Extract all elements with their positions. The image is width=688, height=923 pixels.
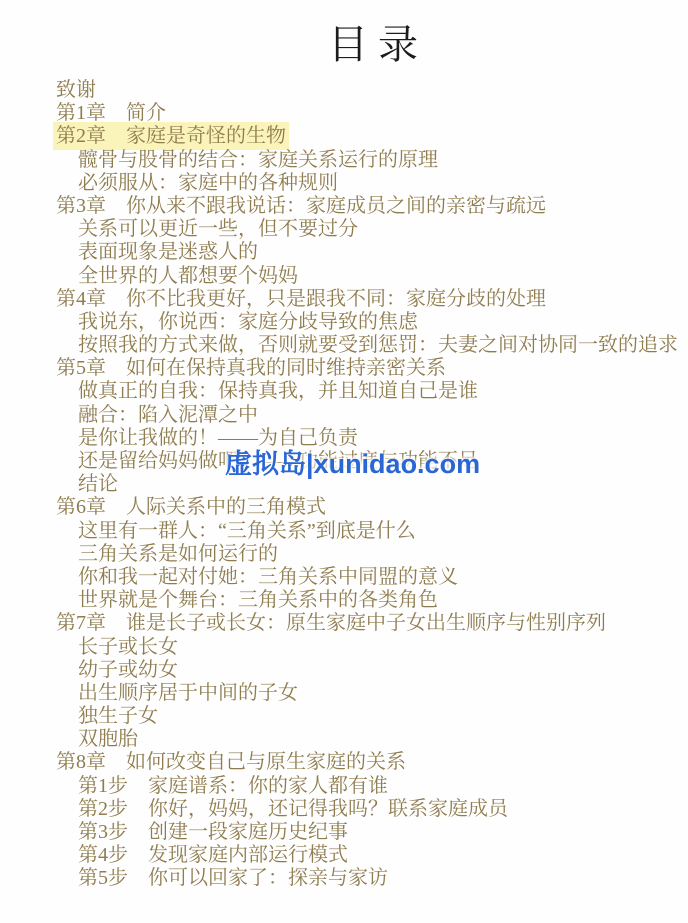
toc-entry[interactable]: 第3章 你从来不跟我说话：家庭成员之间的亲密与疏远 [0,195,688,218]
toc-entry-text[interactable]: 出生顺序居于中间的子女 [78,682,298,704]
page-title: 目录 [0,22,688,68]
toc-list: 致谢第1章 简介第2章 家庭是奇怪的生物髋骨与股骨的结合：家庭关系运行的原理必须… [0,79,688,891]
toc-entry[interactable]: 第7章 谁是长子或长女：原生家庭中子女出生顺序与性别序列 [0,612,688,635]
toc-entry-text[interactable]: 独生子女 [78,705,158,727]
toc-entry-text[interactable]: 表面现象是迷惑人的 [78,241,258,263]
toc-entry[interactable]: 你和我一起对付她：三角关系中同盟的意义 [0,566,688,589]
toc-entry-text[interactable]: 第4步 发现家庭内部运行模式 [78,844,348,866]
toc-entry[interactable]: 第1步 家庭谱系：你的家人都有谁 [0,775,688,798]
toc-entry[interactable]: 做真正的自我：保持真我，并且知道自己是谁 [0,380,688,403]
toc-entry[interactable]: 第1章 简介 [0,102,688,125]
toc-entry[interactable]: 第2步 你好，妈妈，还记得我吗？联系家庭成员 [0,798,688,821]
toc-entry-text[interactable]: 第7章 谁是长子或长女：原生家庭中子女出生顺序与性别序列 [56,612,606,634]
toc-entry[interactable]: 第5章 如何在保持真我的同时维持亲密关系 [0,357,688,380]
toc-entry[interactable]: 第4章 你不比我更好，只是跟我不同：家庭分歧的处理 [0,288,688,311]
toc-entry[interactable]: 三角关系是如何运行的 [0,543,688,566]
watermark-text: 虚拟岛|xunidao.com [225,449,480,479]
toc-entry[interactable]: 第4步 发现家庭内部运行模式 [0,844,688,867]
toc-entry-text[interactable]: 结论 [78,473,118,495]
toc-entry-text[interactable]: 是你让我做的！——为自己负责 [78,427,358,449]
toc-entry[interactable]: 是你让我做的！——为自己负责 [0,427,688,450]
toc-entry[interactable]: 按照我的方式来做，否则就要受到惩罚：夫妻之间对协同一致的追求 [0,334,688,357]
toc-entry-text[interactable]: 世界就是个舞台：三角关系中的各类角色 [78,589,438,611]
toc-entry-text[interactable]: 第5步 你可以回家了：探亲与家访 [78,867,388,889]
toc-entry[interactable]: 第3步 创建一段家庭历史纪事 [0,821,688,844]
toc-entry[interactable]: 融合：陷入泥潭之中 [0,404,688,427]
toc-entry[interactable]: 长子或长女 [0,636,688,659]
toc-entry-text[interactable]: 第8章 如何改变自己与原生家庭的关系 [56,751,406,773]
toc-entry-text[interactable]: 这里有一群人：“三角关系”到底是什么 [78,520,416,542]
toc-entry[interactable]: 第8章 如何改变自己与原生家庭的关系 [0,751,688,774]
toc-entry-text[interactable]: 第4章 你不比我更好，只是跟我不同：家庭分歧的处理 [56,288,546,310]
toc-entry[interactable]: 第6章 人际关系中的三角模式 [0,496,688,519]
toc-entry[interactable]: 独生子女 [0,705,688,728]
toc-entry-text[interactable]: 长子或长女 [78,636,178,658]
toc-entry[interactable]: 这里有一群人：“三角关系”到底是什么 [0,520,688,543]
toc-entry[interactable]: 致谢 [0,79,688,102]
toc-entry-text[interactable]: 三角关系是如何运行的 [78,543,278,565]
toc-entry[interactable]: 必须服从：家庭中的各种规则 [0,172,688,195]
toc-entry-text[interactable]: 幼子或幼女 [78,659,178,681]
toc-entry-text[interactable]: 第5章 如何在保持真我的同时维持亲密关系 [56,357,446,379]
toc-entry[interactable]: 第5步 你可以回家了：探亲与家访 [0,867,688,890]
toc-entry[interactable]: 我说东，你说西：家庭分歧导致的焦虑 [0,311,688,334]
toc-entry-text[interactable]: 做真正的自我：保持真我，并且知道自己是谁 [78,380,478,402]
toc-entry-text[interactable]: 双胞胎 [78,728,138,750]
toc-entry-text[interactable]: 关系可以更近一些，但不要过分 [78,218,358,240]
toc-entry-text-highlighted[interactable]: 第2章 家庭是奇怪的生物 [56,125,286,147]
toc-entry-text[interactable]: 融合：陷入泥潭之中 [78,404,258,426]
toc-entry[interactable]: 双胞胎 [0,728,688,751]
toc-entry-text[interactable]: 按照我的方式来做，否则就要受到惩罚：夫妻之间对协同一致的追求 [78,334,678,356]
toc-entry[interactable]: 世界就是个舞台：三角关系中的各类角色 [0,589,688,612]
toc-entry-text[interactable]: 第3章 你从来不跟我说话：家庭成员之间的亲密与疏远 [56,195,546,217]
toc-entry-text[interactable]: 第1章 简介 [56,102,166,124]
toc-entry-text[interactable]: 第2步 你好，妈妈，还记得我吗？联系家庭成员 [78,798,508,820]
toc-entry-text[interactable]: 髋骨与股骨的结合：家庭关系运行的原理 [78,149,438,171]
toc-entry-text[interactable]: 第1步 家庭谱系：你的家人都有谁 [78,775,388,797]
toc-entry[interactable]: 关系可以更近一些，但不要过分 [0,218,688,241]
toc-entry-text[interactable]: 全世界的人都想要个妈妈 [78,265,298,287]
toc-entry-text[interactable]: 你和我一起对付她：三角关系中同盟的意义 [78,566,458,588]
toc-entry-text[interactable]: 必须服从：家庭中的各种规则 [78,172,338,194]
toc-entry[interactable]: 表面现象是迷惑人的 [0,241,688,264]
toc-entry[interactable]: 髋骨与股骨的结合：家庭关系运行的原理 [0,149,688,172]
toc-entry[interactable]: 第2章 家庭是奇怪的生物 [0,125,688,148]
toc-entry[interactable]: 出生顺序居于中间的子女 [0,682,688,705]
toc-entry[interactable]: 幼子或幼女 [0,659,688,682]
toc-entry[interactable]: 全世界的人都想要个妈妈 [0,265,688,288]
toc-entry-text[interactable]: 我说东，你说西：家庭分歧导致的焦虑 [78,311,418,333]
toc-entry-text[interactable]: 第3步 创建一段家庭历史纪事 [78,821,348,843]
toc-entry-text[interactable]: 第6章 人际关系中的三角模式 [56,496,326,518]
toc-page: 目录 致谢第1章 简介第2章 家庭是奇怪的生物髋骨与股骨的结合：家庭关系运行的原… [0,0,688,923]
toc-entry-text[interactable]: 致谢 [56,79,96,101]
